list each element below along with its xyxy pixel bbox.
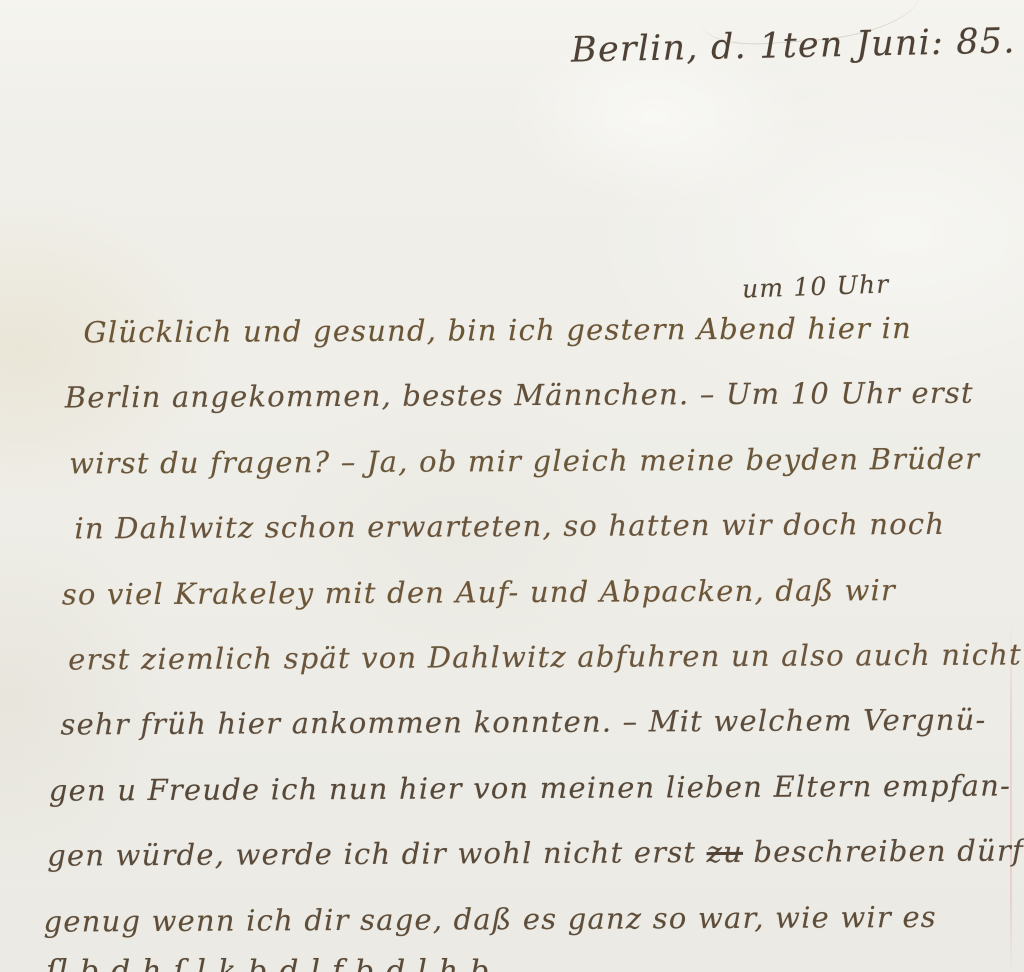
- letter-line: Glücklich und gesund, bin ich gestern Ab…: [83, 298, 1008, 368]
- letter-line-with-strikethrough: gen würde, werde ich dir wohl nicht erst…: [47, 821, 1011, 891]
- struck-word: zu: [707, 835, 744, 869]
- letter-line: in Dahlwitz schon erwarteten, so hatten …: [74, 494, 1009, 564]
- letter-line: gen u Freude ich nun hier von meinen lie…: [49, 755, 1011, 825]
- letter-line: so viel Krakeley mit den Auf- und Abpack…: [62, 559, 1010, 629]
- letter-line: sehr früh hier ankommen konnten. – Mit w…: [60, 690, 1010, 760]
- letter-line: wirst du fragen? – Ja, ob mir gleich mei…: [69, 428, 1009, 498]
- line-text: beschreiben dürfen,: [743, 833, 1024, 869]
- letter-scan-page: Berlin, d. 1ten Juni: 85. um 10 Uhr Glüc…: [0, 0, 1024, 972]
- letter-line: erst ziemlich spät von Dahlwitz abfuhren…: [68, 624, 1010, 694]
- dateline: Berlin, d. 1ten Juni: 85.: [571, 21, 1016, 70]
- line-text: gen würde, werde ich dir wohl nicht erst: [47, 835, 707, 872]
- letter-body: Glücklich und gesund, bin ich gestern Ab…: [58, 298, 1011, 957]
- letter-line: genug wenn ich dir sage, daß es ganz so …: [43, 886, 1011, 956]
- clipped-last-line: ſl b d h ſ l k b d l f b d l h b: [46, 950, 986, 972]
- letter-line: Berlin angekommen, bestes Männchen. – Um…: [65, 363, 1009, 433]
